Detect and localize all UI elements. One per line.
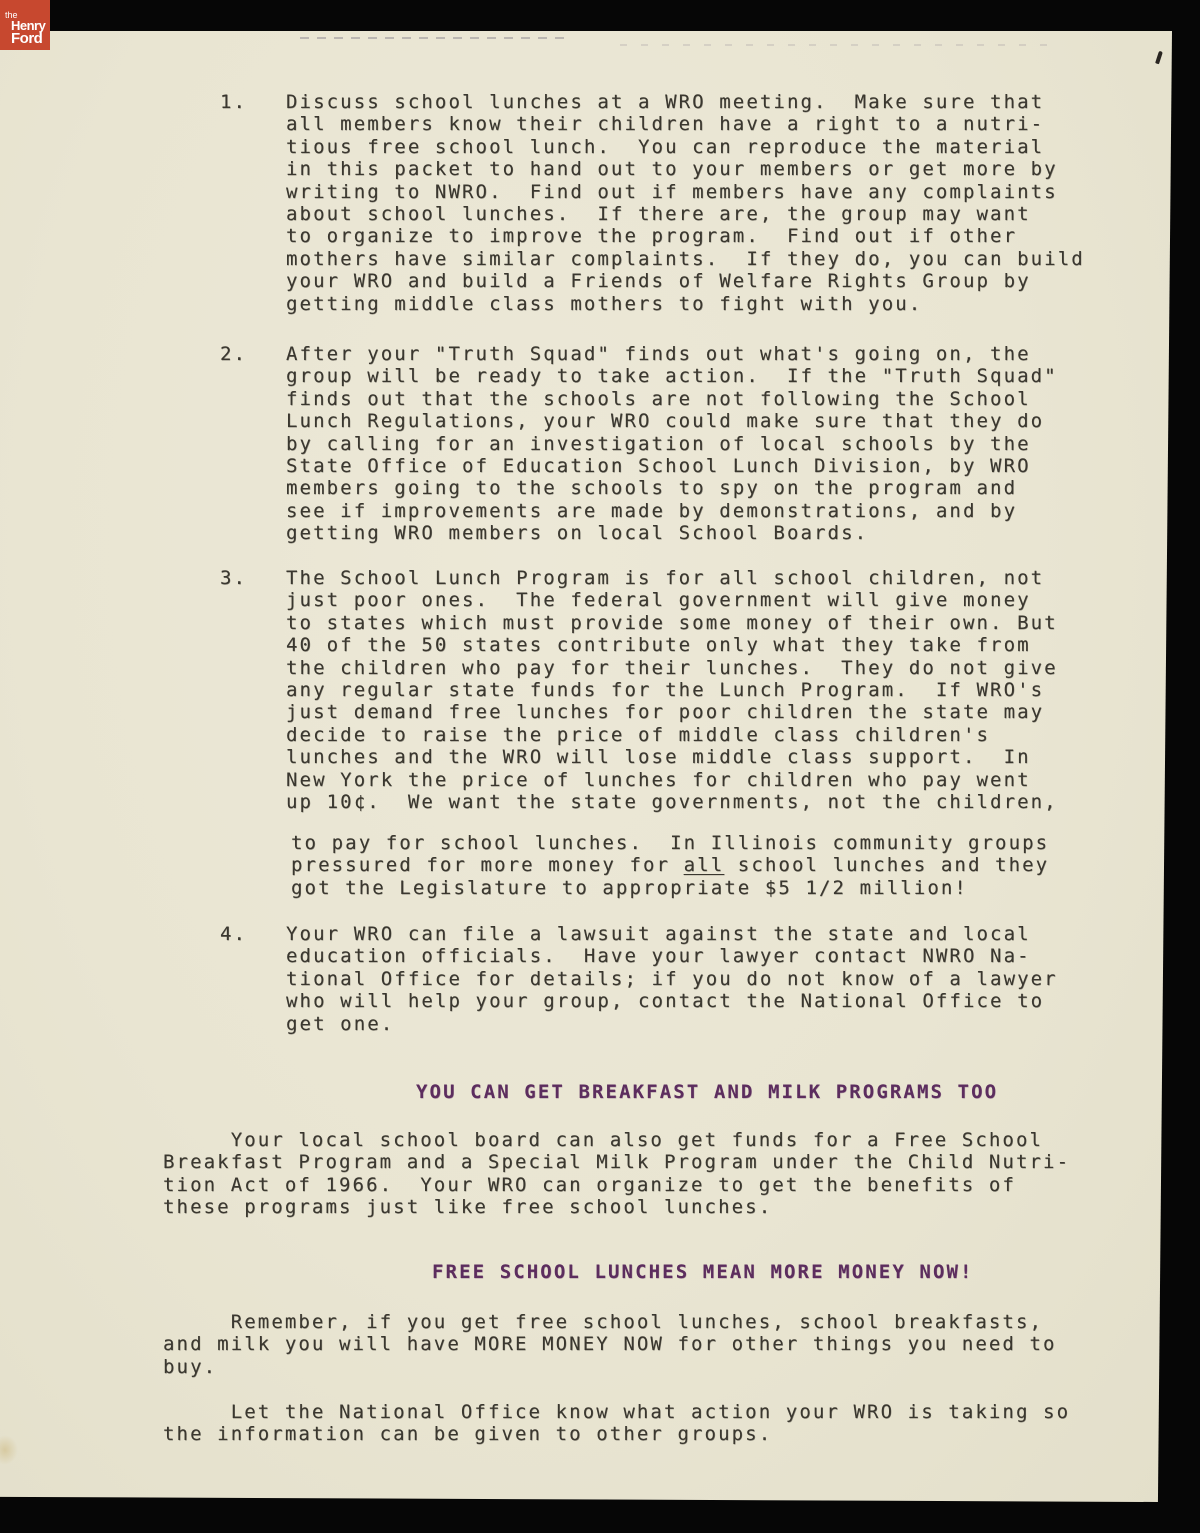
scan-artifact-dashes: [300, 37, 570, 39]
paper-stain-artifact: [0, 1435, 18, 1465]
list-item-4: 4. Your WRO can file a lawsuit against t…: [220, 923, 1098, 1035]
scan-artifact-dashes: [620, 44, 1050, 46]
paragraph-breakfast-milk: Your local school board can also get fun…: [163, 1129, 1095, 1219]
list-item-3: 3. The School Lunch Program is for all s…: [220, 567, 1098, 813]
section-heading-more-money: FREE SCHOOL LUNCHES MEAN MORE MONEY NOW!: [432, 1261, 974, 1283]
item-text: Discuss school lunches at a WRO meeting.…: [286, 91, 1098, 315]
list-item-3-continuation: to pay for school lunches. In Illinois c…: [291, 832, 1103, 899]
document-paper: 1. Discuss school lunches at a WRO meeti…: [0, 31, 1172, 1502]
item-number: 3.: [220, 567, 286, 813]
list-item-2: 2. After your "Truth Squad" finds out wh…: [220, 343, 1098, 545]
item-number: 1.: [220, 91, 286, 315]
logo-text-ford: Ford: [11, 31, 42, 46]
item-number: 2.: [220, 343, 286, 545]
pen-mark-artifact: [1155, 51, 1163, 65]
underlined-word: all: [684, 854, 725, 876]
item-text: Your WRO can file a lawsuit against the …: [286, 923, 1098, 1035]
item-text: After your "Truth Squad" finds out what'…: [286, 343, 1098, 545]
section-heading-breakfast-milk: YOU CAN GET BREAKFAST AND MILK PROGRAMS …: [416, 1081, 998, 1103]
paragraph-national-office: Let the National Office know what action…: [163, 1401, 1095, 1446]
henry-ford-logo: the Henry Ford: [0, 0, 50, 50]
list-item-1: 1. Discuss school lunches at a WRO meeti…: [220, 91, 1098, 315]
paragraph-more-money: Remember, if you get free school lunches…: [163, 1311, 1095, 1378]
item-text: The School Lunch Program is for all scho…: [286, 567, 1098, 813]
item-number: 4.: [220, 923, 286, 1035]
